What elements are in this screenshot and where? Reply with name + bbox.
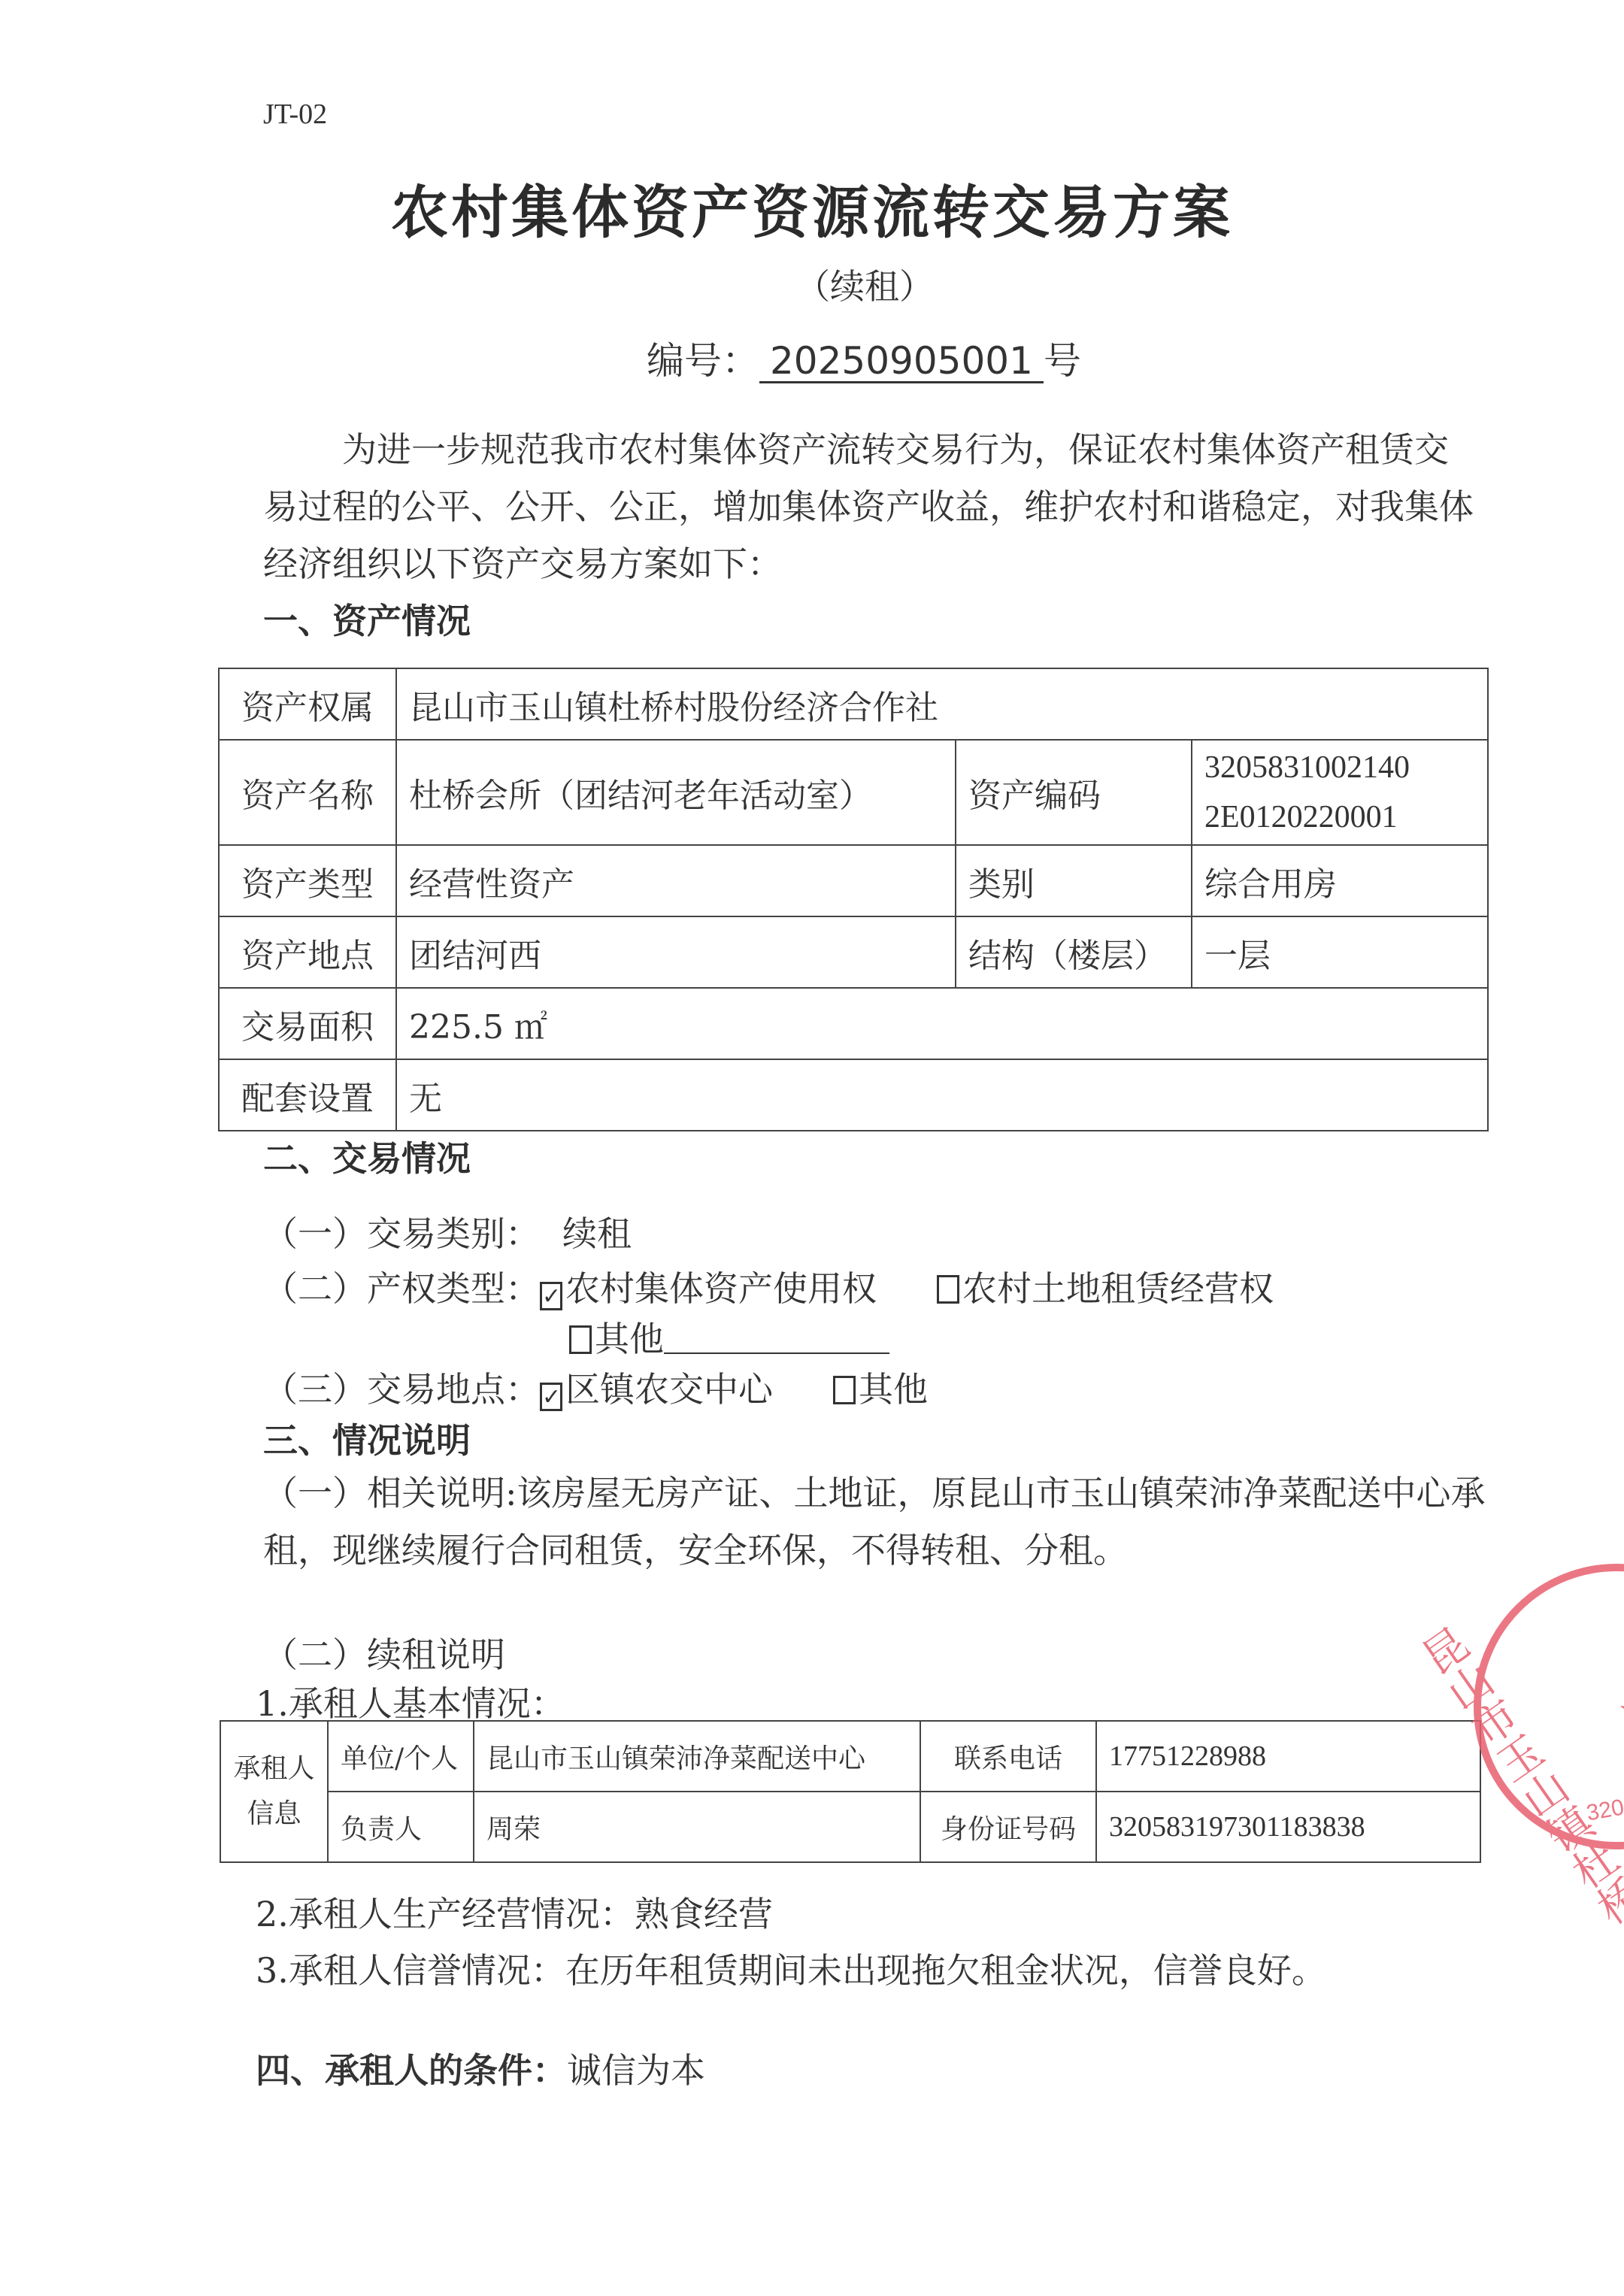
- facilities-label: 配套设置: [219, 1059, 396, 1131]
- option-property-other: 其他: [595, 1319, 664, 1359]
- id-number-value: 320583197301183838: [1096, 1792, 1480, 1862]
- table-row: 资产名称 杜桥会所（团结河老年活动室） 资产编码 3205831002140 2…: [219, 740, 1488, 845]
- section2-heading: 二、交易情况: [263, 1131, 471, 1181]
- asset-code-line1: 3205831002140: [1204, 743, 1475, 792]
- number-suffix: 号: [1044, 339, 1081, 383]
- property-type-label: （二）产权类型：: [263, 1268, 540, 1309]
- other-blank-line[interactable]: [664, 1322, 889, 1354]
- lessee-credit: 3.承租人信誉情况：在历年租赁期间未出现拖欠租金状况，信誉良好。: [256, 1943, 1326, 1993]
- area-value: 225.5 ㎡: [396, 988, 1488, 1059]
- structure-value: 一层: [1192, 916, 1488, 988]
- number-label: 编号：: [647, 339, 759, 383]
- document-title: 农村集体资产资源流转交易方案: [0, 167, 1624, 249]
- transaction-type-label: （一）交易类别：: [263, 1213, 540, 1254]
- table-row: 资产地点 团结河西 结构（楼层） 一层: [219, 916, 1488, 988]
- location-label: （三）交易地点：: [263, 1369, 540, 1410]
- lessee-group-label: 承租人 信息: [220, 1721, 328, 1862]
- checkbox-collective-asset-use[interactable]: ✓: [540, 1282, 562, 1310]
- lessee-basic-heading: 1.承租人基本情况：: [256, 1677, 565, 1726]
- asset-name-value: 杜桥会所（团结河老年活动室）: [396, 740, 956, 845]
- table-row: 资产类型 经营性资产 类别 综合用房: [219, 845, 1488, 916]
- option-land-lease: 农村土地租赁经营权: [962, 1268, 1274, 1309]
- official-seal: 昆山市玉山镇杜桥 ★ 3205: [1474, 1564, 1624, 1849]
- transaction-location: （三）交易地点：✓区镇农交中心其他: [263, 1362, 928, 1412]
- option-collective-asset-use: 农村集体资产使用权: [565, 1268, 877, 1309]
- asset-code-line2: 2E0120220001: [1204, 792, 1475, 842]
- lessee-table: 承租人 信息 单位/个人 昆山市玉山镇荣沛净菜配送中心 联系电话 1775122…: [220, 1720, 1481, 1863]
- structure-label: 结构（楼层）: [956, 916, 1192, 988]
- table-row: 负责人 周荣 身份证号码 320583197301183838: [220, 1792, 1480, 1862]
- responsible-person-value: 周荣: [474, 1792, 920, 1862]
- asset-type-label: 资产类型: [219, 845, 396, 916]
- form-code: JT-02: [263, 98, 327, 131]
- table-row: 交易面积 225.5 ㎡: [219, 988, 1488, 1059]
- section3-heading: 三、情况说明: [263, 1413, 471, 1463]
- property-type: （二）产权类型：✓农村集体资产使用权农村土地租赁经营权: [263, 1262, 1274, 1311]
- id-number-label: 身份证号码: [920, 1792, 1096, 1862]
- unit-person-label: 单位/个人: [328, 1721, 474, 1792]
- table-row: 资产权属 昆山市玉山镇杜桥村股份经济合作社: [219, 668, 1488, 740]
- document-subtitle: （续租）: [0, 259, 1624, 309]
- transaction-type: （一）交易类别：续租: [263, 1207, 632, 1256]
- area-label: 交易面积: [219, 988, 396, 1059]
- option-district-center: 区镇农交中心: [565, 1369, 773, 1410]
- credit-value: 在历年租赁期间未出现拖欠租金状况，信誉良好。: [565, 1950, 1326, 1991]
- asset-location-label: 资产地点: [219, 916, 396, 988]
- related-label: （一）相关说明:: [263, 1473, 517, 1513]
- number-value: 20250905001: [759, 341, 1044, 383]
- option-location-other: 其他: [859, 1369, 928, 1410]
- asset-type-value: 经营性资产: [396, 845, 956, 916]
- seal-number: 3205: [1585, 1792, 1624, 1826]
- checkbox-property-other[interactable]: [569, 1325, 592, 1354]
- table-row: 承租人 信息 单位/个人 昆山市玉山镇荣沛净菜配送中心 联系电话 1775122…: [220, 1721, 1480, 1792]
- asset-table: 资产权属 昆山市玉山镇杜桥村股份经济合作社 资产名称 杜桥会所（团结河老年活动室…: [218, 668, 1489, 1131]
- phone-label: 联系电话: [920, 1721, 1096, 1792]
- section4: 四、承租人的条件：诚信为本: [256, 2043, 705, 2093]
- lessee-business: 2.承租人生产经营情况：熟食经营: [256, 1887, 773, 1937]
- section4-heading: 四、承租人的条件：: [256, 2050, 567, 2091]
- star-icon: ★: [1613, 1661, 1624, 1774]
- checkbox-location-other[interactable]: [833, 1376, 856, 1404]
- category-label: 类别: [956, 845, 1192, 916]
- unit-person-value: 昆山市玉山镇荣沛净菜配送中心: [474, 1721, 920, 1792]
- intro-paragraph: 为进一步规范我市农村集体资产流转交易行为，保证农村集体资产租赁交易过程的公平、公…: [263, 421, 1481, 592]
- table-row: 配套设置 无: [219, 1059, 1488, 1131]
- document-number: 编号：20250905001号: [647, 331, 1081, 385]
- asset-owner-value: 昆山市玉山镇杜桥村股份经济合作社: [396, 668, 1488, 740]
- asset-code-label: 资产编码: [956, 740, 1192, 845]
- section4-value: 诚信为本: [567, 2050, 705, 2091]
- transaction-type-value: 续租: [562, 1213, 632, 1254]
- responsible-person-label: 负责人: [328, 1792, 474, 1862]
- category-value: 综合用房: [1192, 845, 1488, 916]
- phone-value: 17751228988: [1096, 1721, 1480, 1792]
- business-value: 熟食经营: [635, 1894, 773, 1934]
- facilities-value: 无: [396, 1059, 1488, 1131]
- checkbox-land-lease[interactable]: [937, 1275, 959, 1304]
- business-label: 2.承租人生产经营情况：: [256, 1894, 635, 1934]
- credit-label: 3.承租人信誉情况：: [256, 1950, 565, 1991]
- related-description: （一）相关说明:该房屋无房产证、土地证，原昆山市玉山镇荣沛净菜配送中心承租，现继…: [263, 1465, 1489, 1579]
- checkbox-district-center[interactable]: ✓: [540, 1383, 562, 1411]
- property-type-other: 其他: [569, 1312, 889, 1362]
- asset-name-label: 资产名称: [219, 740, 396, 845]
- renewal-heading: （二）续租说明: [263, 1628, 505, 1677]
- asset-location-value: 团结河西: [396, 916, 956, 988]
- asset-owner-label: 资产权属: [219, 668, 396, 740]
- asset-code-value: 3205831002140 2E0120220001: [1192, 740, 1488, 845]
- section1-heading: 一、资产情况: [263, 594, 471, 644]
